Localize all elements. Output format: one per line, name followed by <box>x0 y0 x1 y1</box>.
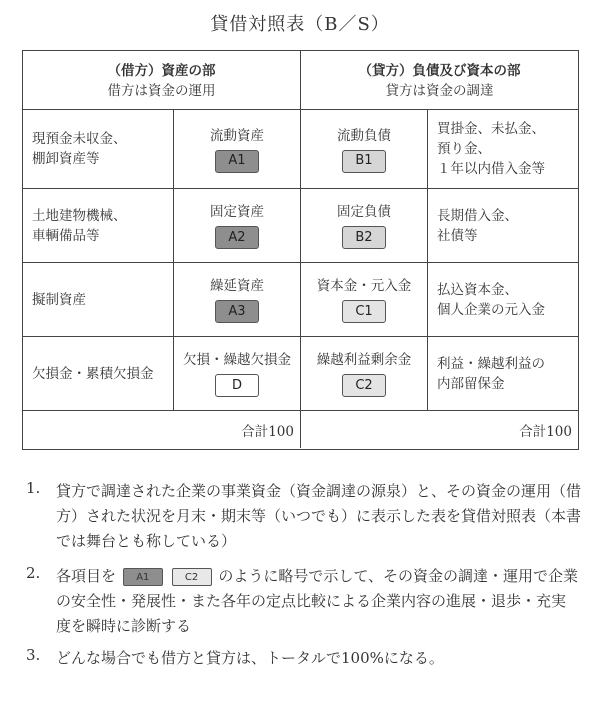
note-line: 方）された状況を月末・期末等（いつでも）に表示した表を貸借対照表（本書 <box>56 504 586 529</box>
desc-line: 買掛金、未払金、 <box>437 119 578 139</box>
credit-header-title: （貸方）負債及び資本の部 <box>301 61 578 81</box>
code-badge-a3: A3 <box>215 300 259 323</box>
note-line: の安全性・発展性・また各年の定点比較による企業内容の進展・退歩・充実 <box>56 589 586 614</box>
note-line: 貸方で調達された企業の事業資金（資金調達の源泉）と、その資金の運用（借 <box>56 479 586 504</box>
debit-category-fixed-assets: 固定資産 A2 <box>174 189 300 262</box>
category-label: 繰延資産 <box>210 276 264 296</box>
credit-category-current-liabilities: 流動負債 B1 <box>301 110 427 188</box>
desc-line: 社債等 <box>437 226 578 246</box>
desc-line: 車輌備品等 <box>32 226 173 246</box>
code-badge-c1: C1 <box>342 300 386 323</box>
note-text: のように略号で示して、その資金の調達・運用で企業 <box>218 567 578 585</box>
code-badge-c2: C2 <box>342 374 386 397</box>
category-label: 固定負債 <box>337 202 391 222</box>
page-title: 貸借対照表（B／S） <box>0 10 600 36</box>
desc-line: 擬制資産 <box>32 290 173 310</box>
code-badge-a2: A2 <box>215 226 259 249</box>
desc-line: 内部留保金 <box>437 374 578 394</box>
credit-category-retained-earnings: 繰越利益剰余金 C2 <box>301 337 427 410</box>
credit-desc-fixed-liabilities: 長期借入金、 社債等 <box>428 189 578 262</box>
debit-desc-current-assets: 現預金未収金、 棚卸資産等 <box>23 110 173 188</box>
desc-line: 預り金、 <box>437 139 578 159</box>
balance-sheet-table: （借方）資産の部 借方は資金の運用 （貸方）負債及び資本の部 貸方は資金の調達 … <box>22 50 579 450</box>
category-label: 固定資産 <box>210 202 264 222</box>
debit-category-deferred-assets: 繰延資産 A3 <box>174 263 300 336</box>
note-line: では舞台とも称している） <box>56 529 586 554</box>
debit-desc-deficit: 欠損金・累積欠損金 <box>23 337 173 410</box>
debit-header-title: （借方）資産の部 <box>23 61 300 81</box>
category-label: 流動資産 <box>210 126 264 146</box>
code-badge-b2: B2 <box>342 226 386 249</box>
code-badge-d: D <box>215 374 259 397</box>
credit-desc-retained-earnings: 利益・繰越利益の 内部留保金 <box>428 337 578 410</box>
debit-header-subtitle: 借方は資金の運用 <box>23 81 300 101</box>
credit-category-fixed-liabilities: 固定負債 B2 <box>301 189 427 262</box>
category-label: 流動負債 <box>337 126 391 146</box>
debit-category-current-assets: 流動資産 A1 <box>174 110 300 188</box>
desc-line: 棚卸資産等 <box>32 149 173 169</box>
category-label: 資本金・元入金 <box>317 276 412 296</box>
category-label: 欠損・繰越欠損金 <box>183 350 291 370</box>
desc-line: 欠損金・累積欠損金 <box>32 364 173 384</box>
credit-header: （貸方）負債及び資本の部 貸方は資金の調達 <box>301 51 578 110</box>
debit-header: （借方）資産の部 借方は資金の運用 <box>23 51 300 110</box>
category-label: 繰越利益剰余金 <box>317 350 412 370</box>
note-line: どんな場合でも借方と貸方は、トータルで100%になる。 <box>56 646 586 671</box>
code-badge-a1: A1 <box>215 150 259 173</box>
credit-desc-capital: 払込資本金、 個人企業の元入金 <box>428 263 578 336</box>
debit-desc-fixed-assets: 土地建物機械、 車輌備品等 <box>23 189 173 262</box>
inline-badge-c2: C2 <box>172 568 212 586</box>
credit-total: 合計100 <box>301 411 578 449</box>
debit-category-deficit: 欠損・繰越欠損金 D <box>174 337 300 410</box>
desc-line: 現預金未収金、 <box>32 129 173 149</box>
note-number: 3. <box>26 646 40 664</box>
code-badge-b1: B1 <box>342 150 386 173</box>
credit-header-subtitle: 貸方は資金の調達 <box>301 81 578 101</box>
inline-badge-a1: A1 <box>123 568 163 586</box>
credit-category-capital: 資本金・元入金 C1 <box>301 263 427 336</box>
note-number: 1. <box>26 479 40 497</box>
desc-line: 利益・繰越利益の <box>437 354 578 374</box>
debit-total: 合計100 <box>23 411 300 449</box>
note-number: 2. <box>26 564 40 582</box>
note-line: 度を瞬時に診断する <box>56 614 586 639</box>
credit-desc-current-liabilities: 買掛金、未払金、 預り金、 １年以内借入金等 <box>428 110 578 188</box>
note-text: 各項目を <box>56 567 116 585</box>
debit-desc-deferred-assets: 擬制資産 <box>23 263 173 336</box>
desc-line: 土地建物機械、 <box>32 206 173 226</box>
desc-line: 長期借入金、 <box>437 206 578 226</box>
desc-line: 個人企業の元入金 <box>437 300 578 320</box>
desc-line: １年以内借入金等 <box>437 159 578 179</box>
desc-line: 払込資本金、 <box>437 280 578 300</box>
